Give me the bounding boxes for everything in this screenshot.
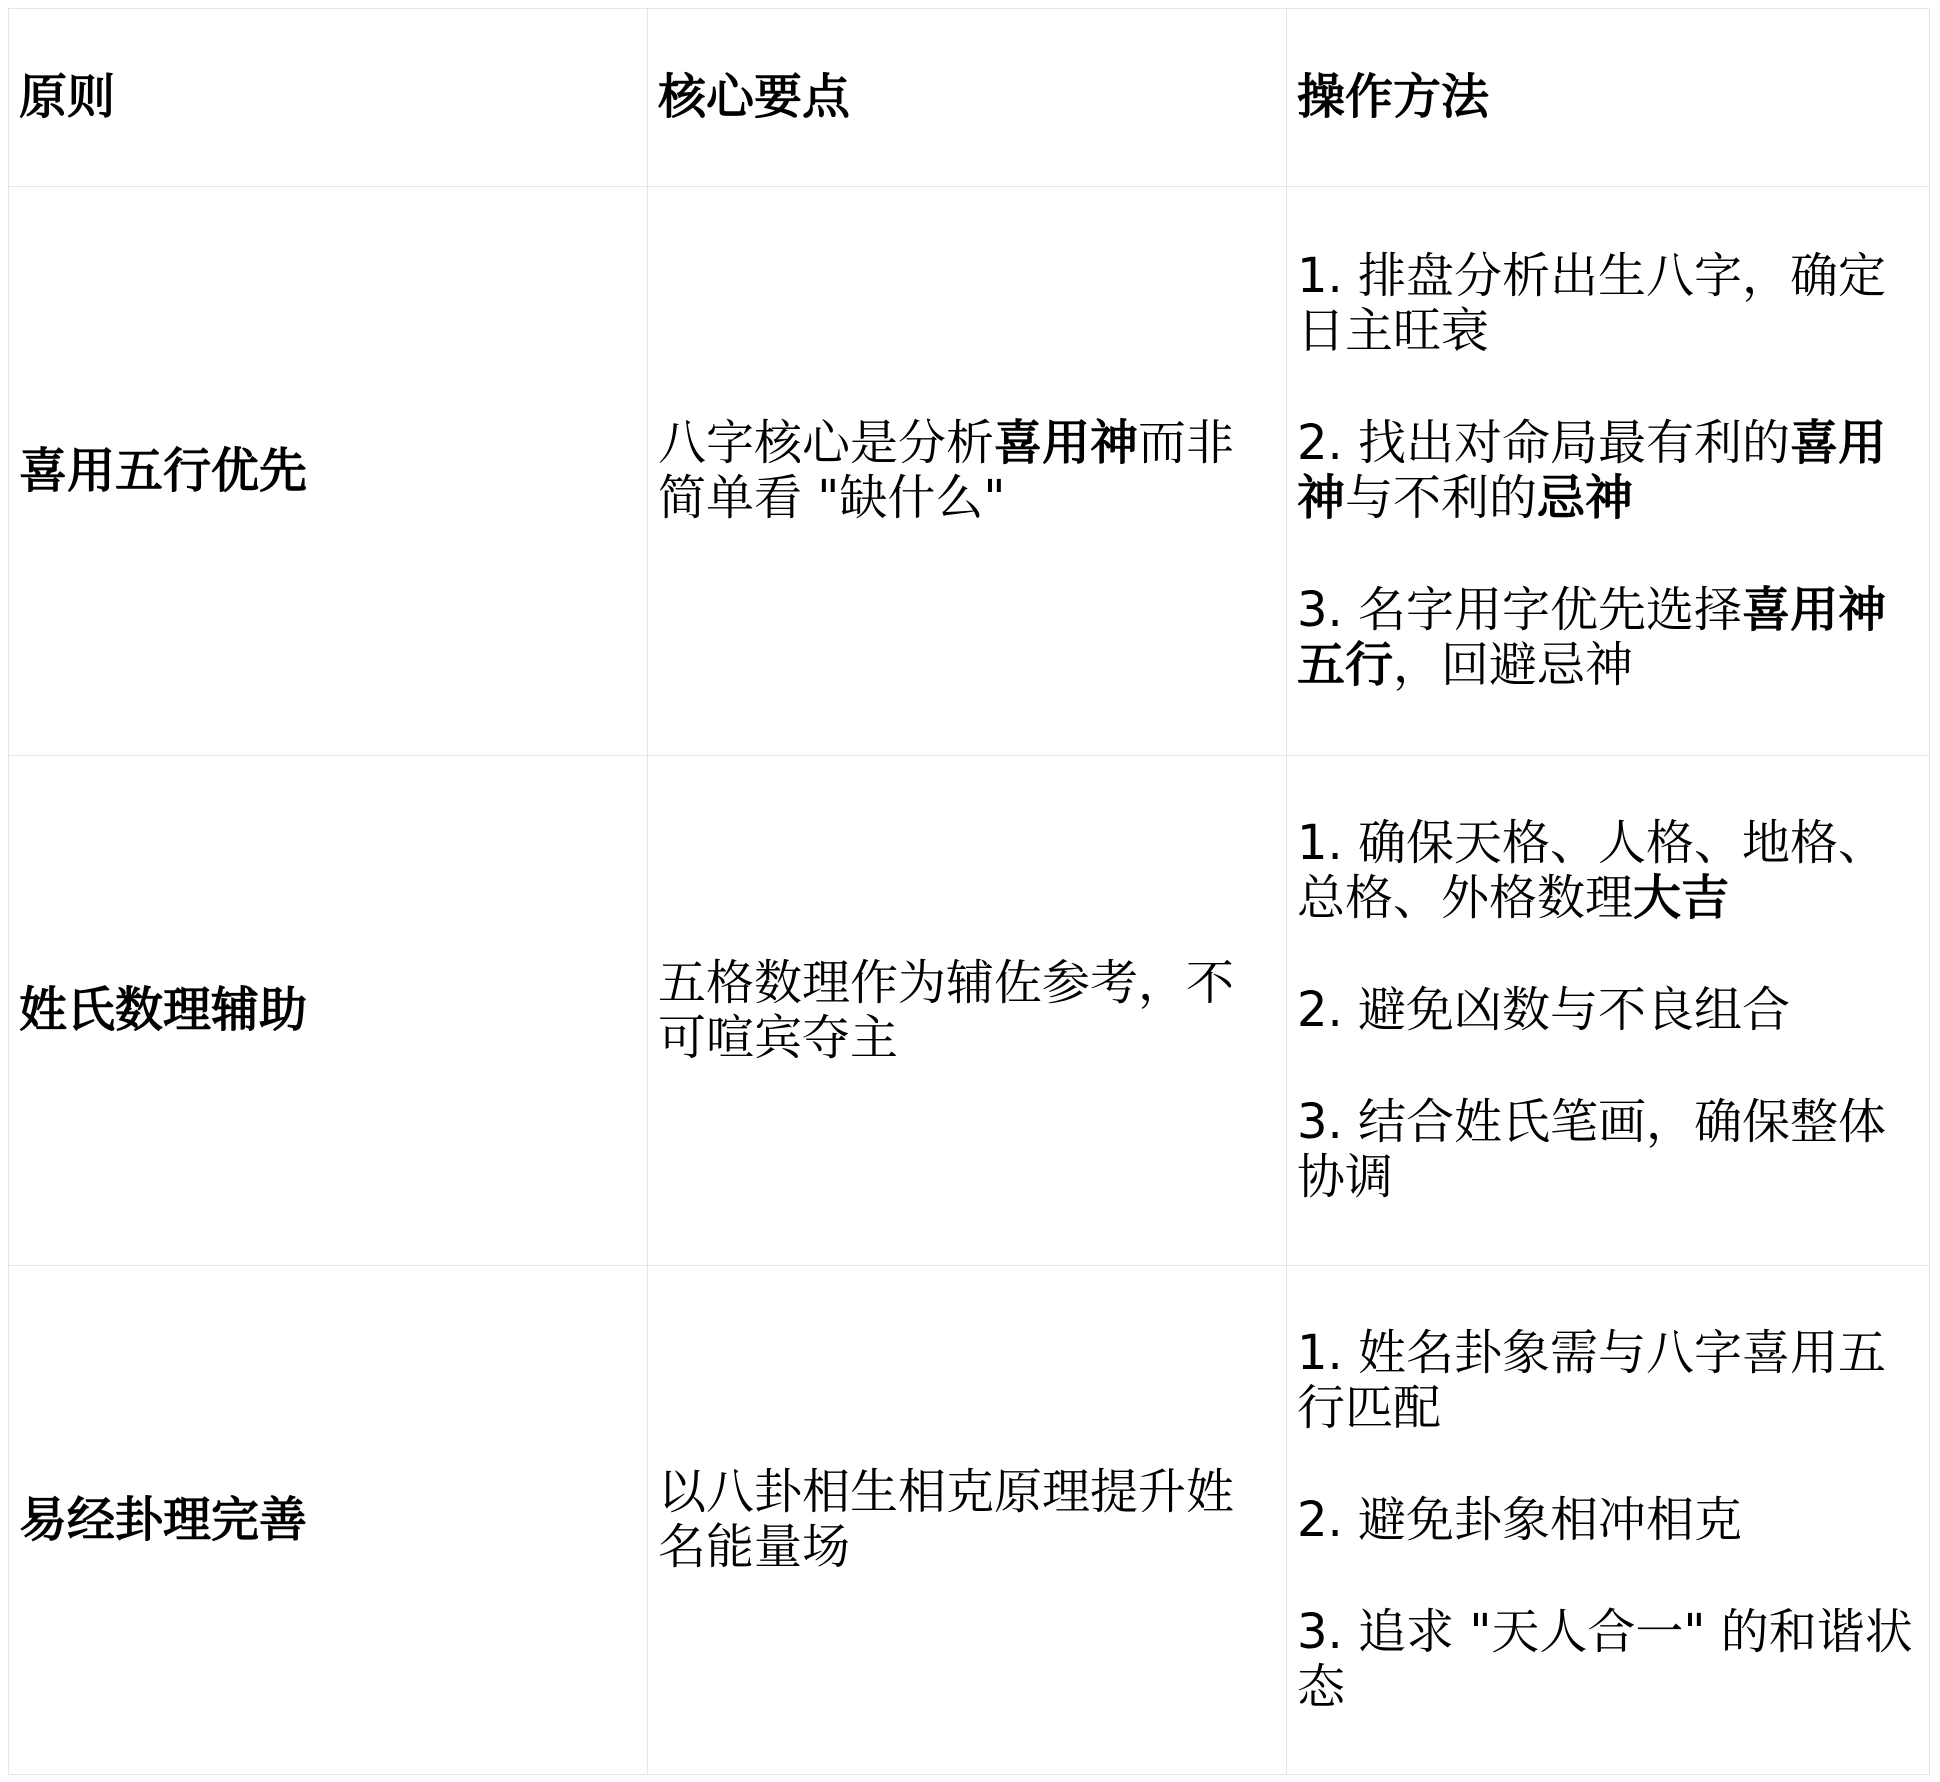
header-method: 操作方法 [1287,9,1930,187]
principle-cell: 喜用五行优先 [9,187,648,756]
key-point-cell: 以八卦相生相克原理提升姓名能量场 [648,1266,1287,1775]
emphasis-text: 大吉 [1633,870,1729,926]
method-step: 3. 名字用字优先选择喜用神五行，回避忌神 [1297,583,1919,693]
key-point-cell: 八字核心是分析喜用神而非简单看 "缺什么" [648,187,1287,756]
text-run: 3. 追求 "天人合一" 的和谐状态 [1297,1604,1913,1715]
table-row: 姓氏数理辅助 五格数理作为辅佐参考，不可喧宾夺主 1. 确保天格、人格、地格、总… [9,756,1930,1266]
principles-table-container: 原则 核心要点 操作方法 喜用五行优先 八字核心是分析喜用神而非简单看 "缺什么… [8,8,1930,1775]
text-run: 3. 结合姓氏笔画，确保整体协调 [1297,1094,1886,1205]
key-point-cell: 五格数理作为辅佐参考，不可喧宾夺主 [648,756,1287,1266]
naming-principles-table: 原则 核心要点 操作方法 喜用五行优先 八字核心是分析喜用神而非简单看 "缺什么… [8,8,1930,1775]
method-step: 1. 确保天格、人格、地格、总格、外格数理大吉 [1297,816,1919,926]
key-point-text: 八字核心是分析喜用神而非简单看 "缺什么" [658,416,1276,526]
method-step: 3. 追求 "天人合一" 的和谐状态 [1297,1605,1919,1715]
text-run: 3. 名字用字优先选择 [1297,582,1742,638]
text-run: 以八卦相生相克原理提升姓名能量场 [658,1464,1234,1575]
text-run: ，回避忌神 [1393,637,1633,693]
method-cell: 1. 姓名卦象需与八字喜用五行匹配 2. 避免卦象相冲相克 3. 追求 "天人合… [1287,1266,1930,1775]
method-step: 3. 结合姓氏笔画，确保整体协调 [1297,1095,1919,1205]
table-header-row: 原则 核心要点 操作方法 [9,9,1930,187]
principle-cell: 易经卦理完善 [9,1266,648,1775]
text-run: 与不利的 [1345,470,1537,526]
method-step: 1. 姓名卦象需与八字喜用五行匹配 [1297,1326,1919,1436]
text-run: 2. 找出对命局最有利的 [1297,415,1790,471]
method-step: 1. 排盘分析出生八字，确定日主旺衰 [1297,249,1919,359]
method-step: 2. 避免凶数与不良组合 [1297,983,1919,1038]
text-run: 八字核心是分析 [658,415,994,471]
key-point-text: 以八卦相生相克原理提升姓名能量场 [658,1465,1276,1575]
key-point-text: 五格数理作为辅佐参考，不可喧宾夺主 [658,956,1276,1066]
method-cell: 1. 排盘分析出生八字，确定日主旺衰 2. 找出对命局最有利的喜用神与不利的忌神… [1287,187,1930,756]
header-key-point: 核心要点 [648,9,1287,187]
text-run: 1. 排盘分析出生八字，确定日主旺衰 [1297,248,1886,359]
method-cell: 1. 确保天格、人格、地格、总格、外格数理大吉 2. 避免凶数与不良组合 3. … [1287,756,1930,1266]
text-run: 2. 避免卦象相冲相克 [1297,1492,1742,1548]
table-row: 喜用五行优先 八字核心是分析喜用神而非简单看 "缺什么" 1. 排盘分析出生八字… [9,187,1930,756]
header-principle: 原则 [9,9,648,187]
method-step: 2. 找出对命局最有利的喜用神与不利的忌神 [1297,416,1919,526]
text-run: 1. 确保天格、人格、地格、总格、外格数理 [1297,815,1886,926]
method-step: 2. 避免卦象相冲相克 [1297,1493,1919,1548]
text-run: 2. 避免凶数与不良组合 [1297,982,1790,1038]
text-run: 1. 姓名卦象需与八字喜用五行匹配 [1297,1325,1886,1436]
emphasis-text: 喜用神 [994,415,1138,471]
text-run: 五格数理作为辅佐参考，不可喧宾夺主 [658,955,1234,1066]
emphasis-text: 忌神 [1537,470,1633,526]
table-row: 易经卦理完善 以八卦相生相克原理提升姓名能量场 1. 姓名卦象需与八字喜用五行匹… [9,1266,1930,1775]
principle-cell: 姓氏数理辅助 [9,756,648,1266]
